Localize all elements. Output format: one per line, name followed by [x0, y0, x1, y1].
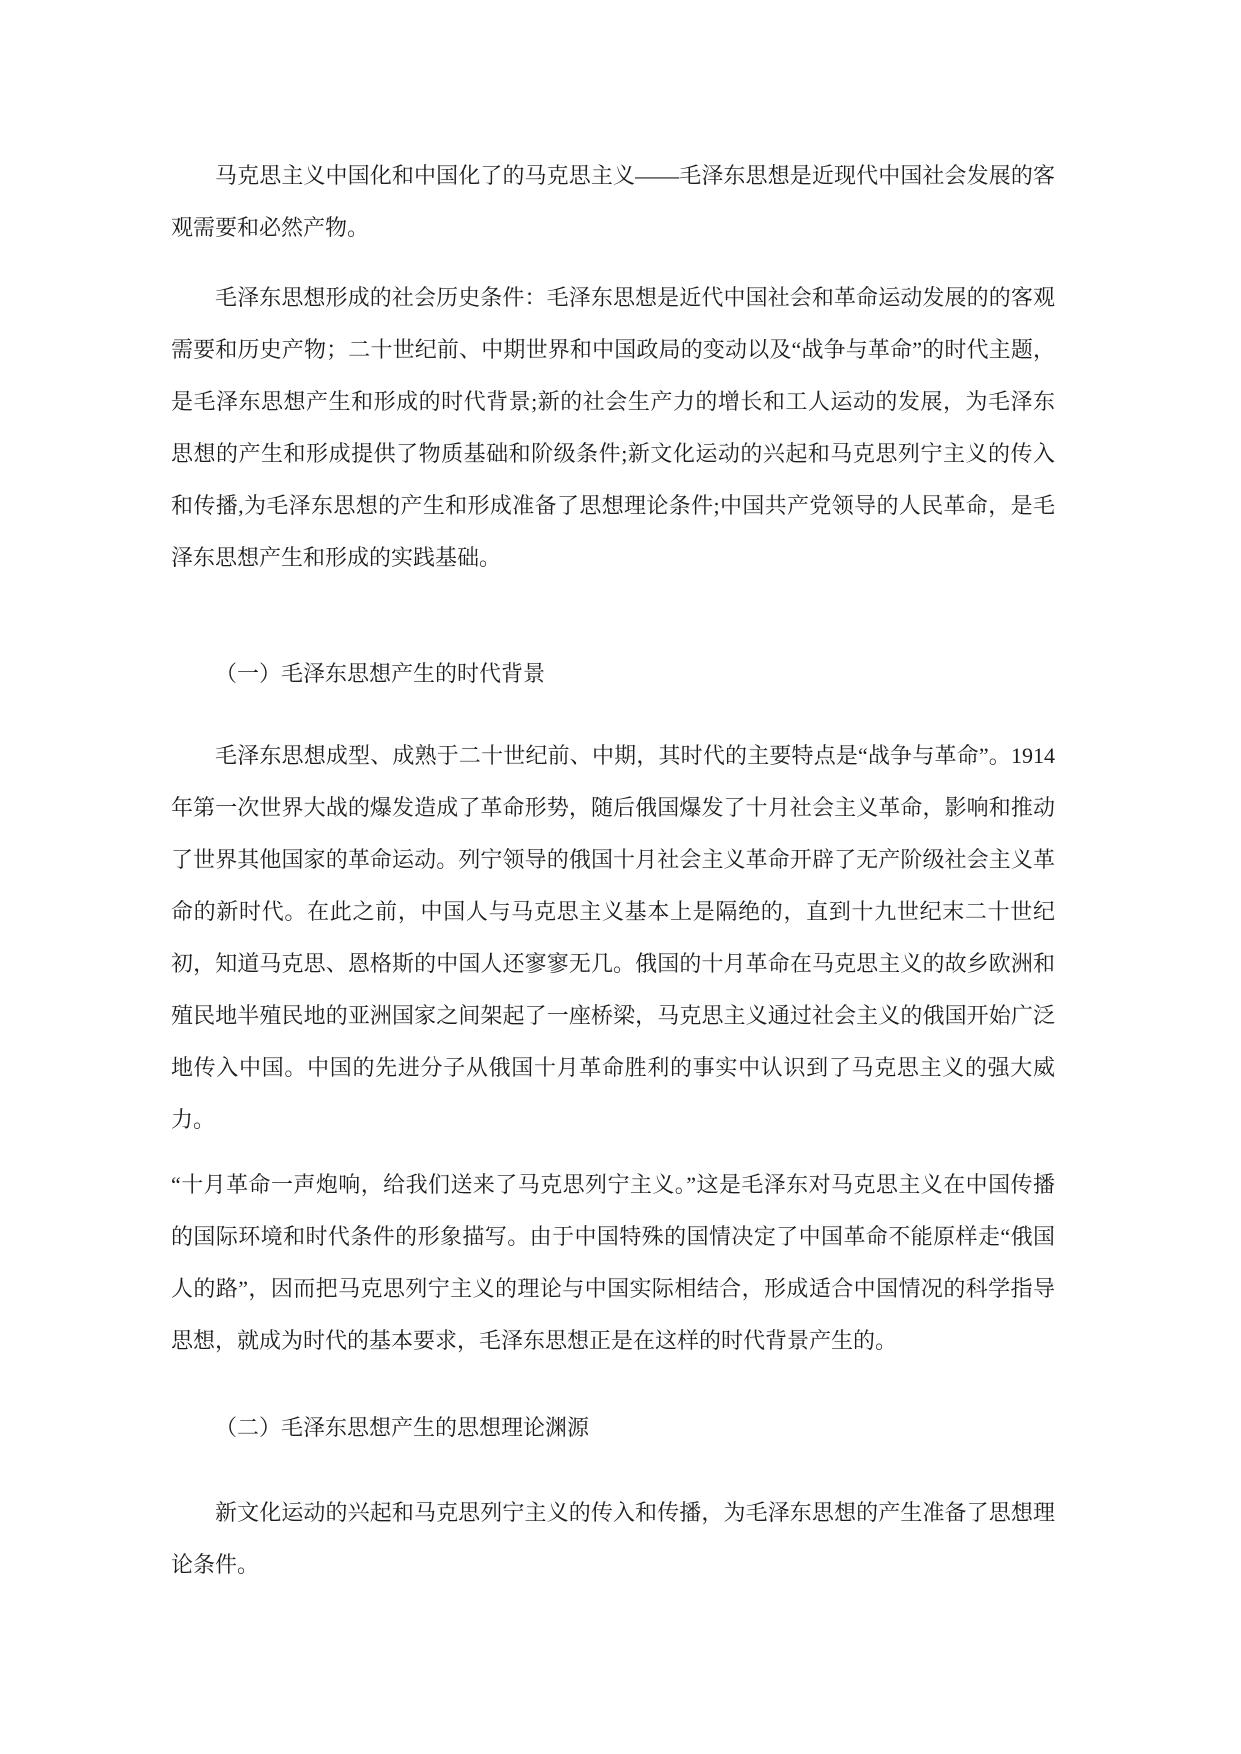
- paragraph-era-background-part2: “十月革命一声炮响，给我们送来了马克思列宁主义。”这是毛泽东对马克思主义在中国传…: [171, 1159, 1055, 1367]
- heading-section-two: （二）毛泽东思想产生的思想理论渊源: [171, 1402, 1055, 1454]
- heading-section-one: （一）毛泽东思想产生的时代背景: [171, 648, 1055, 700]
- paragraph-era-background-part1: 毛泽东思想成型、成熟于二十世纪前、中期，其时代的主要特点是“战争与革命”。191…: [171, 730, 1055, 1146]
- paragraph-theoretical-source: 新文化运动的兴起和马克思列宁主义的传入和传播，为毛泽东思想的产生准备了思想理论条…: [171, 1487, 1055, 1591]
- paragraph-thesis: 马克思主义中国化和中国化了的马克思主义——毛泽东思想是近现代中国社会发展的客观需…: [171, 150, 1055, 254]
- document-page: 马克思主义中国化和中国化了的马克思主义——毛泽东思想是近现代中国社会发展的客观需…: [0, 0, 1241, 1754]
- paragraph-historical-conditions: 毛泽东思想形成的社会历史条件：毛泽东思想是近代中国社会和革命运动发展的的客观需要…: [171, 272, 1055, 584]
